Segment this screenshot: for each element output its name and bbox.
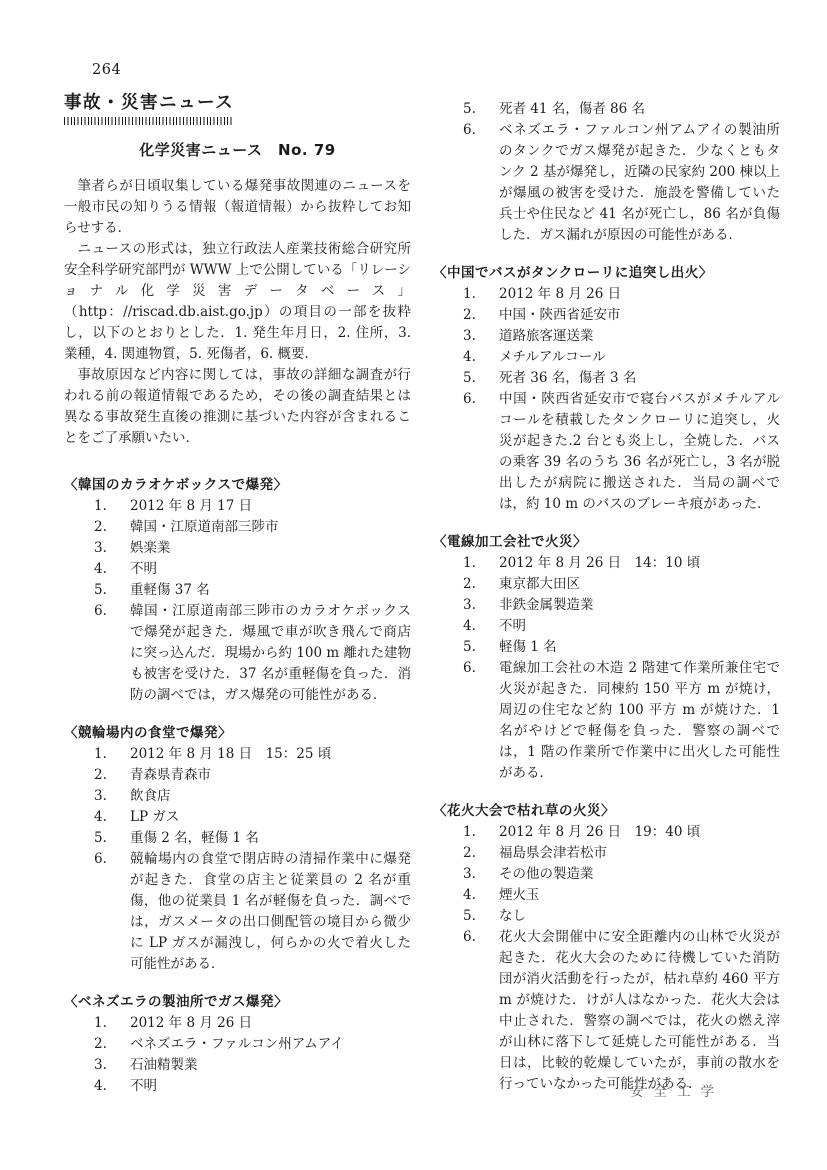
item-text: 中国・陝西省延安市 — [499, 307, 621, 323]
incident-title: 〈電線加工会社で火災〉 — [433, 532, 780, 553]
item-text: 娯楽業 — [130, 540, 171, 556]
item-number: 1. — [463, 284, 476, 305]
incident-title: 〈韓国のカラオケボックスで爆発〉 — [64, 475, 411, 496]
section-heading: 事故・災害ニュース — [64, 93, 234, 114]
item-text: ベネズエラ・ファルコン州アムアイの製油所のタンクでガス爆発が起きた．少なくともタ… — [499, 122, 780, 243]
incident-item: 2.福島県会津若松市 — [433, 843, 780, 864]
item-number: 4. — [463, 885, 476, 906]
incident-item: 2.青森県青森市 — [64, 765, 411, 786]
incident-item: 4.メチルアルコール — [433, 347, 780, 368]
item-text: 花火大会開催中に安全距離内の山林で火災が起きた．花火大会のために待機していた消防… — [499, 929, 780, 1092]
incident-item: 5.なし — [433, 906, 780, 927]
item-text: 不明 — [130, 561, 157, 577]
item-text: LP ガス — [130, 809, 179, 825]
incident-section: 〈ベネズエラの製油所でガス爆発〉1.2012 年 8 月 26 日2.ベネズエラ… — [64, 992, 411, 1097]
item-number: 2. — [463, 843, 476, 864]
item-number: 2. — [463, 574, 476, 595]
left-incident-list: 〈韓国のカラオケボックスで爆発〉1.2012 年 8 月 17 日2.韓国・江原… — [64, 475, 411, 1097]
item-number: 1. — [94, 1013, 107, 1034]
incident-item: 4.LP ガス — [64, 807, 411, 828]
incident-item: 6.電線加工会社の木造 2 階建て作業所兼住宅で火災が起きた．同棟約 150 平… — [433, 658, 780, 784]
incident-item: 4.不明 — [433, 616, 780, 637]
item-number: 6. — [463, 389, 476, 410]
item-text: その他の製造業 — [499, 866, 594, 882]
incident-item: 3.道路旅客運送業 — [433, 326, 780, 347]
item-number: 6. — [463, 120, 476, 141]
incident-section: 5.死者 41 名，傷者 86 名6.ベネズエラ・ファルコン州アムアイの製油所の… — [433, 99, 780, 246]
item-text: 電線加工会社の木造 2 階建て作業所兼住宅で火災が起きた．同棟約 150 平方 … — [499, 660, 780, 781]
item-text: 2012 年 8 月 26 日 — [499, 286, 621, 302]
item-text: 2012 年 8 月 18 日 15：25 頃 — [130, 746, 331, 762]
item-number: 3. — [94, 786, 107, 807]
incident-item: 3.飲食店 — [64, 786, 411, 807]
incident-item: 6.競輪場内の食堂で閉店時の清掃作業中に爆発が起きた．食堂の店主と従業員の 2 … — [64, 849, 411, 975]
item-text: 青森県青森市 — [130, 767, 211, 783]
item-number: 5. — [94, 580, 107, 601]
item-number: 4. — [463, 616, 476, 637]
incident-item: 1.2012 年 8 月 26 日 — [64, 1013, 411, 1034]
incident-section: 〈競輪場内の食堂で爆発〉1.2012 年 8 月 18 日 15：25 頃2.青… — [64, 723, 411, 975]
incident-item: 4.煙火玉 — [433, 885, 780, 906]
item-number: 1. — [94, 496, 107, 517]
item-number: 5. — [94, 828, 107, 849]
item-number: 4. — [94, 807, 107, 828]
incident-item: 6.花火大会開催中に安全距離内の山林で火災が起きた．花火大会のために待機していた… — [433, 927, 780, 1095]
incident-item: 1.2012 年 8 月 18 日 15：25 頃 — [64, 744, 411, 765]
incident-section: 〈電線加工会社で火災〉1.2012 年 8 月 26 日 14：10 頃2.東京… — [433, 532, 780, 784]
incident-title: 〈花火大会で枯れ草の火災〉 — [433, 801, 780, 822]
incident-item: 5.死者 41 名，傷者 86 名 — [433, 99, 780, 120]
right-column: 5.死者 41 名，傷者 86 名6.ベネズエラ・ファルコン州アムアイの製油所の… — [433, 99, 780, 1095]
item-number: 2. — [94, 517, 107, 538]
incident-item: 3.非鉄金属製造業 — [433, 595, 780, 616]
incident-item: 1.2012 年 8 月 26 日 14：10 頃 — [433, 553, 780, 574]
item-number: 3. — [463, 595, 476, 616]
incident-item: 3.娯楽業 — [64, 538, 411, 559]
item-text: 軽傷 1 名 — [499, 639, 557, 655]
incident-item: 1.2012 年 8 月 26 日 19：40 頃 — [433, 822, 780, 843]
item-text: 韓国・江原道南部三陟市 — [130, 519, 279, 535]
item-text: 不明 — [130, 1078, 157, 1094]
left-column: 264 事故・災害ニュース 化学災害ニュース No. 79 筆者らが日頃収集して… — [64, 60, 411, 1097]
item-number: 4. — [94, 1076, 107, 1097]
item-text: なし — [499, 908, 526, 924]
incident-item: 6.ベネズエラ・ファルコン州アムアイの製油所のタンクでガス爆発が起きた．少なくと… — [433, 120, 780, 246]
item-number: 1. — [94, 744, 107, 765]
item-number: 5. — [463, 368, 476, 389]
incident-item: 5.重傷 2 名，軽傷 1 名 — [64, 828, 411, 849]
item-text: 道路旅客運送業 — [499, 328, 594, 344]
incident-item: 4.不明 — [64, 1076, 411, 1097]
item-text: 東京都大田区 — [499, 576, 580, 592]
incident-item: 5.重軽傷 37 名 — [64, 580, 411, 601]
incident-item: 2.中国・陝西省延安市 — [433, 305, 780, 326]
item-number: 2. — [94, 1034, 107, 1055]
incident-item: 6.韓国・江原道南部三陟市のカラオケボックスで爆発が起きた．爆風で車が吹き飛んで… — [64, 601, 411, 706]
intro-paragraph: ニュースの形式は，独立行政法人産業技術総合研究所安全科学研究部門が WWW 上で… — [64, 239, 411, 365]
item-number: 4. — [463, 347, 476, 368]
item-text: 競輪場内の食堂で閉店時の清掃作業中に爆発が起きた．食堂の店主と従業員の 2 名が… — [130, 851, 411, 972]
incident-item: 2.ベネズエラ・ファルコン州アムアイ — [64, 1034, 411, 1055]
incident-item: 3.石油精製業 — [64, 1055, 411, 1076]
incident-title: 〈中国でバスがタンクローリに追突し出火〉 — [433, 263, 780, 284]
item-number: 6. — [94, 601, 107, 622]
item-text: 不明 — [499, 618, 526, 634]
incident-title: 〈競輪場内の食堂で爆発〉 — [64, 723, 411, 744]
journal-page: 264 事故・災害ニュース 化学災害ニュース No. 79 筆者らが日頃収集して… — [0, 0, 827, 1170]
item-number: 6. — [94, 849, 107, 870]
intro-paragraph: 事故原因など内容に関しては，事故の詳細な調査が行われる前の報道情報であるため，そ… — [64, 365, 411, 449]
incident-section: 〈花火大会で枯れ草の火災〉1.2012 年 8 月 26 日 19：40 頃2.… — [433, 801, 780, 1095]
item-text: 重傷 2 名，軽傷 1 名 — [130, 830, 259, 846]
item-number: 3. — [94, 538, 107, 559]
item-text: 飲食店 — [130, 788, 171, 804]
item-number: 5. — [463, 637, 476, 658]
item-text: 死者 36 名，傷者 3 名 — [499, 370, 636, 386]
incident-item: 2.東京都大田区 — [433, 574, 780, 595]
item-number: 6. — [463, 927, 476, 948]
intro-paragraphs: 筆者らが日頃収集している爆発事故関連のニュースを一般市民の知りうる情報（報道情報… — [64, 176, 411, 449]
section-heading-block: 事故・災害ニュース — [64, 93, 234, 125]
incident-title: 〈ベネズエラの製油所でガス爆発〉 — [64, 992, 411, 1013]
intro-paragraph: 筆者らが日頃収集している爆発事故関連のニュースを一般市民の知りうる情報（報道情報… — [64, 176, 411, 239]
item-number: 3. — [94, 1055, 107, 1076]
incident-item: 6.中国・陝西省延安市で寝台バスがメチルアルコールを積載したタンクローリに追突し… — [433, 389, 780, 515]
item-text: 2012 年 8 月 26 日 — [130, 1015, 252, 1031]
item-text: 死者 41 名，傷者 86 名 — [499, 101, 645, 117]
incident-item: 4.不明 — [64, 559, 411, 580]
incident-item: 5.死者 36 名，傷者 3 名 — [433, 368, 780, 389]
item-text: 中国・陝西省延安市で寝台バスがメチルアルコールを積載したタンクローリに追突し，火… — [499, 391, 780, 512]
item-text: 福島県会津若松市 — [499, 845, 607, 861]
item-text: 2012 年 8 月 26 日 19：40 頃 — [499, 824, 700, 840]
item-text: 2012 年 8 月 26 日 14：10 頃 — [499, 555, 700, 571]
item-number: 3. — [463, 326, 476, 347]
item-number: 4. — [94, 559, 107, 580]
item-text: メチルアルコール — [499, 349, 606, 365]
article-title: 化学災害ニュース No. 79 — [64, 140, 411, 160]
incident-item: 1.2012 年 8 月 26 日 — [433, 284, 780, 305]
item-text: 韓国・江原道南部三陟市のカラオケボックスで爆発が起きた．爆風で車が吹き飛んで商店… — [130, 603, 411, 703]
item-number: 5. — [463, 906, 476, 927]
incident-section: 〈韓国のカラオケボックスで爆発〉1.2012 年 8 月 17 日2.韓国・江原… — [64, 475, 411, 706]
incident-section: 〈中国でバスがタンクローリに追突し出火〉1.2012 年 8 月 26 日2.中… — [433, 263, 780, 515]
item-number: 3. — [463, 864, 476, 885]
incident-item: 2.韓国・江原道南部三陟市 — [64, 517, 411, 538]
incident-item: 1.2012 年 8 月 17 日 — [64, 496, 411, 517]
incident-item: 5.軽傷 1 名 — [433, 637, 780, 658]
item-text: ベネズエラ・ファルコン州アムアイ — [130, 1036, 344, 1052]
item-number: 6. — [463, 658, 476, 679]
incident-item: 3.その他の製造業 — [433, 864, 780, 885]
item-number: 2. — [463, 305, 476, 326]
item-number: 5. — [463, 99, 476, 120]
page-number: 264 — [92, 60, 411, 81]
journal-footer: 安全工学 — [630, 1082, 724, 1103]
item-number: 1. — [463, 822, 476, 843]
section-heading-rule — [64, 117, 234, 125]
item-text: 非鉄金属製造業 — [499, 597, 594, 613]
item-text: 石油精製業 — [130, 1057, 198, 1073]
item-text: 煙火玉 — [499, 887, 540, 903]
item-text: 重軽傷 37 名 — [130, 582, 210, 598]
item-text: 2012 年 8 月 17 日 — [130, 498, 252, 514]
item-number: 1. — [463, 553, 476, 574]
item-number: 2. — [94, 765, 107, 786]
